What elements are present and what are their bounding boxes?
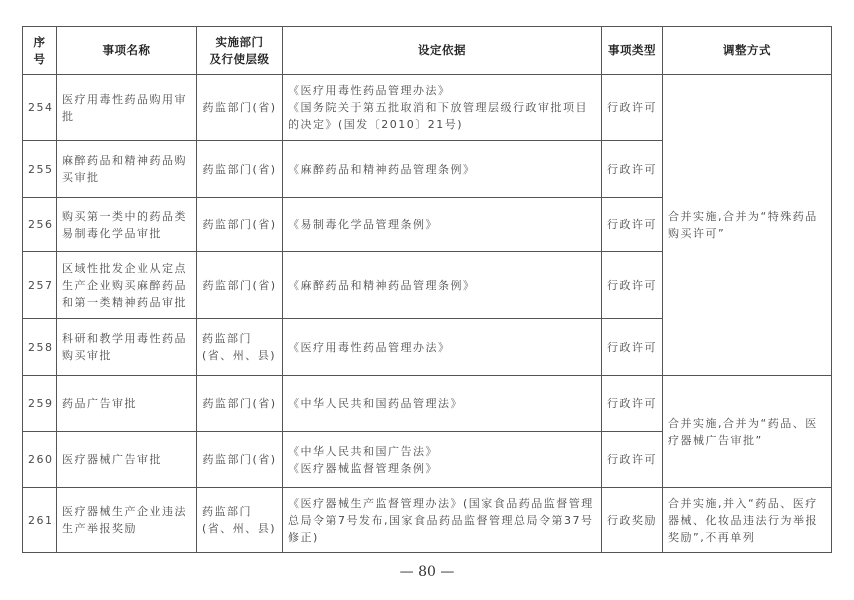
item-basis: 《医疗用毒性药品管理办法》 《国务院关于第五批取消和下放管理层级行政审批项目的决… xyxy=(283,75,602,141)
item-basis: 《中华人民共和国广告法》 《医疗器械监督管理条例》 xyxy=(283,432,602,488)
item-basis: 《医疗用毒性药品管理办法》 xyxy=(283,319,602,376)
item-type: 行政许可 xyxy=(602,75,663,141)
item-name: 医疗器械广告审批 xyxy=(57,432,197,488)
item-basis: 《易制毒化学品管理条例》 xyxy=(283,198,602,252)
item-basis: 《中华人民共和国药品管理法》 xyxy=(283,376,602,432)
header-row: 序 号 事项名称 实施部门 及行使层级 设定依据 事项类型 调整方式 xyxy=(23,27,832,75)
item-dept: 药监部门(省、州、县) xyxy=(197,488,283,553)
row-number: 259 xyxy=(23,376,57,432)
page-number: — 80 — xyxy=(0,564,854,580)
document-page: 序 号 事项名称 实施部门 及行使层级 设定依据 事项类型 调整方式 254 医… xyxy=(0,0,854,600)
table-row: 254 医疗用毒性药品购用审批 药监部门(省) 《医疗用毒性药品管理办法》 《国… xyxy=(23,75,832,141)
item-basis: 《麻醉药品和精神药品管理条例》 xyxy=(283,141,602,198)
row-number: 254 xyxy=(23,75,57,141)
item-dept: 药监部门(省) xyxy=(197,75,283,141)
item-type: 行政奖励 xyxy=(602,488,663,553)
item-name: 医疗器械生产企业违法生产举报奖励 xyxy=(57,488,197,553)
item-type: 行政许可 xyxy=(602,319,663,376)
row-number: 256 xyxy=(23,198,57,252)
item-name: 医疗用毒性药品购用审批 xyxy=(57,75,197,141)
item-adjustment-merged: 合并实施,合并为“药品、医疗器械广告审批” xyxy=(663,376,832,488)
header-name: 事项名称 xyxy=(57,27,197,75)
item-type: 行政许可 xyxy=(602,252,663,319)
item-basis: 《麻醉药品和精神药品管理条例》 xyxy=(283,252,602,319)
item-dept: 药监部门(省) xyxy=(197,198,283,252)
item-dept: 药监部门(省) xyxy=(197,432,283,488)
item-name: 科研和教学用毒性药品购买审批 xyxy=(57,319,197,376)
item-type: 行政许可 xyxy=(602,432,663,488)
item-name: 药品广告审批 xyxy=(57,376,197,432)
row-number: 258 xyxy=(23,319,57,376)
row-number: 261 xyxy=(23,488,57,553)
row-number: 257 xyxy=(23,252,57,319)
item-dept: 药监部门(省、州、县) xyxy=(197,319,283,376)
item-name: 麻醉药品和精神药品购买审批 xyxy=(57,141,197,198)
item-dept: 药监部门(省) xyxy=(197,376,283,432)
row-number: 255 xyxy=(23,141,57,198)
header-adjust: 调整方式 xyxy=(663,27,832,75)
header-type: 事项类型 xyxy=(602,27,663,75)
item-dept: 药监部门(省) xyxy=(197,141,283,198)
table-row: 259 药品广告审批 药监部门(省) 《中华人民共和国药品管理法》 行政许可 合… xyxy=(23,376,832,432)
item-name: 区域性批发企业从定点生产企业购买麻醉药品和第一类精神药品审批 xyxy=(57,252,197,319)
item-type: 行政许可 xyxy=(602,376,663,432)
item-adjustment-merged: 合并实施,合并为“特殊药品购买许可” xyxy=(663,75,832,376)
item-adjustment: 合并实施,并入“药品、医疗器械、化妆品违法行为举报奖励”,不再单列 xyxy=(663,488,832,553)
item-basis: 《医疗器械生产监督管理办法》(国家食品药品监督管理总局令第7号发布,国家食品药品… xyxy=(283,488,602,553)
item-type: 行政许可 xyxy=(602,141,663,198)
header-basis: 设定依据 xyxy=(283,27,602,75)
item-type: 行政许可 xyxy=(602,198,663,252)
table-row: 261 医疗器械生产企业违法生产举报奖励 药监部门(省、州、县) 《医疗器械生产… xyxy=(23,488,832,553)
row-number: 260 xyxy=(23,432,57,488)
items-table: 序 号 事项名称 实施部门 及行使层级 设定依据 事项类型 调整方式 254 医… xyxy=(22,26,832,553)
header-no: 序 号 xyxy=(23,27,57,75)
item-dept: 药监部门(省) xyxy=(197,252,283,319)
header-dept: 实施部门 及行使层级 xyxy=(197,27,283,75)
item-name: 购买第一类中的药品类易制毒化学品审批 xyxy=(57,198,197,252)
